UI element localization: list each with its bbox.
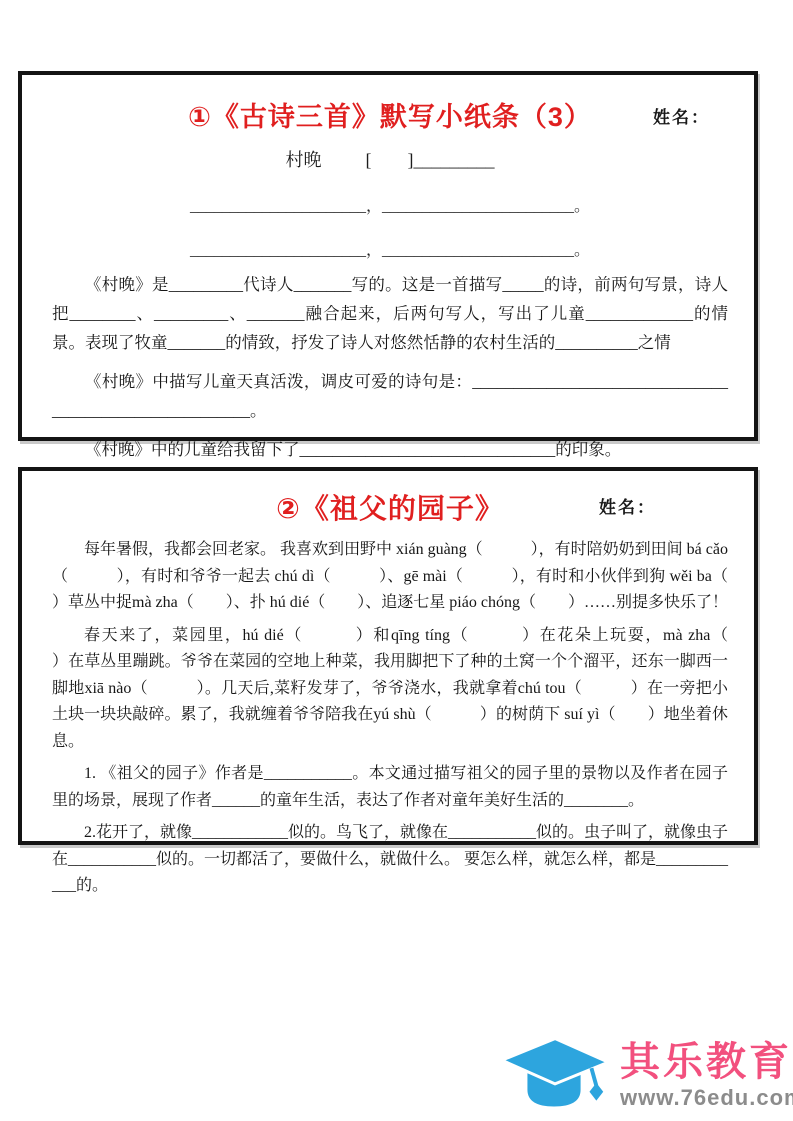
brand-text-block: 其乐教育 www.76edu.com (620, 1039, 793, 1111)
brand-logo: 其乐教育 www.76edu.com (492, 1028, 792, 1121)
pinyin-paragraph: 每年暑假，我都会回老家。 我喜欢到田野中 xián guàng（ ），有时陪奶奶… (52, 537, 728, 617)
poem-answer-line: ______________________，_________________… (52, 193, 728, 216)
worksheet-section-zufu: ②《祖父的园子》 姓名： 每年暑假，我都会回老家。 我喜欢到田野中 xián g… (18, 467, 758, 845)
section2-name-label: 姓名： (599, 493, 656, 518)
section2-title: ②《祖父的园子》 (276, 487, 504, 527)
fill-in-paragraph: 《村晚》是_________代诗人_______写的。这是一首描写_____的诗… (52, 270, 728, 357)
question-paragraph: 1. 《祖父的园子》作者是___________。本文通过描写祖父的园子里的景物… (52, 761, 728, 814)
section1-title-row: ①《古诗三首》默写小纸条（3） 姓名： (52, 95, 728, 134)
section1-name-label: 姓名： (653, 103, 710, 128)
question-paragraph: 2.花开了，就像____________似的。鸟飞了，就像在__________… (52, 820, 728, 900)
brand-website: www.76edu.com (620, 1085, 793, 1111)
brand-name: 其乐教育 (620, 1039, 793, 1085)
poem-heading: 村晚[ ]_________ (52, 146, 728, 172)
poem-title: 村晚 (286, 150, 322, 170)
poem-author-blank: _________ (414, 150, 495, 170)
pinyin-paragraph: 春天来了，菜园里，hú dié（ ）和qīng tíng（ ）在花朵上玩耍，mà… (52, 623, 728, 756)
worksheet-section-gushi: ①《古诗三首》默写小纸条（3） 姓名： 村晚[ ]_________ _____… (18, 71, 758, 441)
graduation-cap-icon (492, 1029, 618, 1121)
poem-answer-line: ______________________，_________________… (52, 237, 728, 260)
section2-title-row: ②《祖父的园子》 姓名： (52, 487, 728, 527)
fill-in-paragraph: 《村晚》中描写儿童天真活泼，调皮可爱的诗句是：_________________… (52, 367, 728, 425)
section1-title: ①《古诗三首》默写小纸条（3） (188, 95, 592, 134)
fill-in-paragraph: 《村晚》中的儿童给我留下了___________________________… (52, 435, 728, 464)
poem-author-bracket: [ ] (366, 150, 414, 170)
